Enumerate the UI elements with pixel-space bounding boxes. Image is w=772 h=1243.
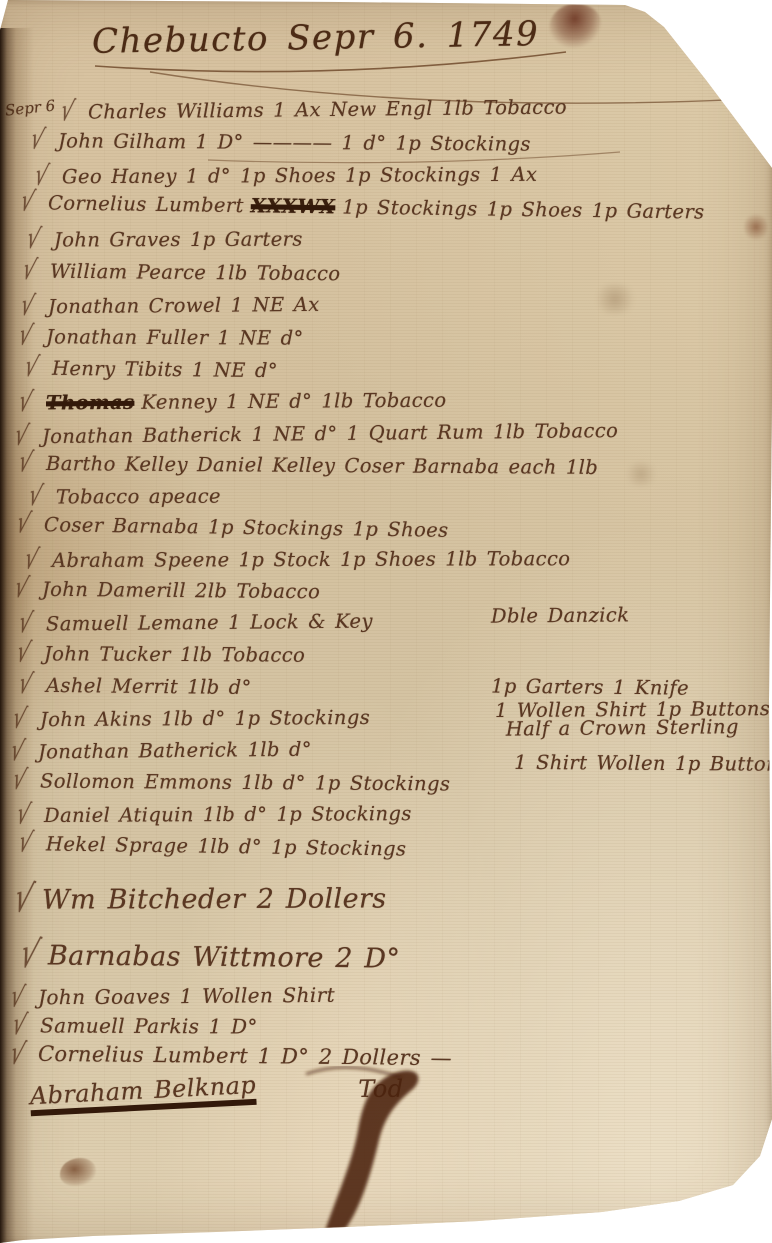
ink-stain-top: [544, 0, 606, 56]
ledger-line: √Jonathan Fuller 1 NE d°: [46, 327, 311, 348]
ledger-line: √ThomasKenney 1 NE d° 1lb Tobacco: [46, 391, 454, 413]
check-mark: √: [13, 509, 32, 541]
entry-text: John Graves 1p Garters: [54, 228, 303, 252]
check-mark: √: [7, 1037, 28, 1071]
entry-text: Sollomon Emmons 1lb d° 1p Stockings: [40, 770, 450, 796]
check-mark: √: [19, 256, 38, 288]
entry-text: Henry Tibits 1 NE d°: [52, 357, 278, 382]
check-mark: √: [15, 670, 34, 702]
faded-stain-mid: [592, 284, 638, 314]
stain-bottom-left: [60, 1158, 96, 1186]
entry-text: Samuell Parkis 1 D°: [40, 1013, 258, 1038]
faded-stain-mid2: [624, 462, 658, 486]
ledger-line: √William Pearce 1lb Tobacco: [50, 262, 348, 284]
ledger-line: Abraham BelknapTod: [30, 1077, 411, 1112]
entry-text: Jonathan Fuller 1 NE d°: [46, 325, 304, 349]
entry-text: Charles Williams 1 Ax New Engl 1lb Tobac…: [88, 96, 567, 124]
ledger-line: √John Gilham 1 D° ———— 1 d° 1p Stockings: [58, 131, 538, 154]
entry-right-note: Half a Crown Sterling: [506, 717, 739, 739]
entry-text: Kenney 1 NE d° 1lb Tobacco: [141, 389, 446, 414]
struck-out-text: Thomas: [46, 391, 135, 415]
entry-text: John Goaves 1 Wollen Shirt: [38, 983, 335, 1010]
check-mark: √: [16, 934, 42, 978]
ledger-line: √Henry Tibits 1 NE d°: [52, 359, 285, 381]
entry-text: Jonathan Batherick 1lb d°: [38, 738, 312, 764]
ledger-line: √Charles Williams 1 Ax New Engl 1lb Toba…: [88, 97, 574, 122]
ledger-line: √Jonathan Batherick 1lb d°Half a Crown S…: [38, 740, 319, 762]
entry-text: Coser Barnaba 1p Stockings 1p Shoes: [44, 513, 449, 542]
check-mark: √: [17, 187, 36, 219]
entry-text: 1p Stockings 1p Shoes 1p Garters: [342, 195, 705, 223]
entry-text: Tobacco apeace: [56, 485, 221, 509]
scanned-manuscript: Chebucto Sepr 6. 1749 Sepr 6 √Charles Wi…: [0, 0, 772, 1243]
ledger-line: √Daniel Atiquin 1lb d° 1p Stockings: [44, 804, 419, 825]
ledger-line: √Samuell Parkis 1 D°: [40, 1015, 265, 1036]
ledger-line: √Sollomon Emmons 1lb d° 1p Stockings1 Sh…: [40, 772, 457, 794]
entry-right-note: 1 Shirt Wollen 1p Buttons: [514, 753, 772, 774]
stain-right-edge: [744, 212, 768, 242]
ledger-line: √Tobacco apeace: [56, 487, 228, 507]
check-mark: √: [16, 322, 35, 354]
entry-text: Barnabas Wittmore 2 D°: [48, 940, 401, 974]
ledger-line: √Jonathan Crowel 1 NE Ax: [48, 295, 327, 317]
check-mark: √: [10, 879, 36, 923]
check-mark: √: [28, 126, 47, 158]
check-mark: √: [16, 388, 35, 420]
check-mark: √: [14, 639, 33, 671]
ledger-line: √John Tucker 1lb Tobacco: [44, 644, 312, 665]
ledger-line: √John Akins 1lb d° 1p Stockings1 Wollen …: [40, 708, 377, 730]
ledger-line: √Barnabas Wittmore 2 D°: [48, 942, 408, 972]
check-mark: √: [10, 705, 29, 737]
entry-text: Samuell Lemane 1 Lock & Key: [46, 610, 373, 636]
check-mark: √: [15, 829, 34, 861]
ledger-line: √John Damerill 2lb Tobacco: [42, 580, 327, 602]
entry-text: Abraham Belknap: [29, 1073, 257, 1116]
entry-text: Abraham Speene 1p Stock 1p Shoes 1lb Tob…: [52, 547, 570, 572]
entry-text: Jonathan Crowel 1 NE Ax: [48, 293, 320, 318]
entry-text: William Pearce 1lb Tobacco: [50, 260, 341, 286]
ledger-line: √Bartho Kelley Daniel Kelley Coser Barna…: [46, 454, 605, 477]
entry-text: John Gilham 1 D° ———— 1 d° 1p Stockings: [58, 129, 531, 155]
entry-text: Bartho Kelley Daniel Kelley Coser Barnab…: [46, 452, 598, 479]
check-mark: √: [10, 766, 29, 798]
ledger-line: √Samuell Lemane 1 Lock & KeyDble Danzick: [46, 612, 380, 634]
entry-text: Cornelius Lumbert: [48, 191, 244, 217]
entry-text: Ashel Merrit 1lb d°: [46, 674, 252, 699]
ledger-line: √Abraham Speene 1p Stock 1p Shoes 1lb To…: [52, 549, 577, 570]
check-mark: √: [24, 225, 43, 257]
margin-date: Sepr 6: [4, 96, 56, 119]
entry-text: Hekel Sprage 1lb d° 1p Stockings: [46, 832, 407, 860]
entry-text: Cornelius Lumbert 1 D° 2 Dollers —: [38, 1042, 452, 1070]
page-title: Chebucto Sepr 6. 1749: [92, 14, 540, 62]
entry-text: Jonathan Batherick 1 NE d° 1 Quart Rum 1…: [42, 419, 618, 448]
entry-text: John Damerill 2lb Tobacco: [42, 578, 320, 603]
check-mark: √: [21, 353, 40, 385]
check-mark: √: [11, 574, 30, 606]
ledger-line: √Cornelius LumbertXXXWX1p Stockings 1p S…: [48, 193, 712, 222]
struck-out-text: XXXWX: [251, 194, 336, 218]
entry-text: Wm Bitcheder 2 Dollers: [42, 883, 387, 915]
ledger-line: √John Graves 1p Garters: [54, 230, 310, 250]
entry-text: John Akins 1lb d° 1p Stockings: [40, 706, 370, 731]
entry-right-note: 1p Garters 1 Knife: [491, 677, 689, 699]
ledger-line: √Ashel Merrit 1lb d°1p Garters 1 Knife: [46, 676, 259, 698]
entry-text: Geo Haney 1 d° 1p Shoes 1p Stockings 1 A…: [62, 163, 537, 188]
ledger-line: √Hekel Sprage 1lb d° 1p Stockings: [46, 834, 414, 859]
ledger-line: √John Goaves 1 Wollen Shirt: [38, 985, 342, 1008]
check-mark: √: [58, 97, 77, 129]
ledger-line: √Coser Barnaba 1p Stockings 1p Shoes: [44, 515, 456, 540]
ledger-line: √Geo Haney 1 d° 1p Shoes 1p Stockings 1 …: [62, 165, 544, 187]
ledger-line: √Wm Bitcheder 2 Dollers: [42, 885, 394, 913]
ledger-line: √Jonathan Batherick 1 NE d° 1 Quart Rum …: [42, 421, 625, 447]
ledger-page: Chebucto Sepr 6. 1749 Sepr 6 √Charles Wi…: [0, 0, 772, 1243]
entry-text: Daniel Atiquin 1lb d° 1p Stockings: [44, 802, 412, 827]
ledger-line: √Cornelius Lumbert 1 D° 2 Dollers —: [38, 1044, 459, 1069]
entry-text: Tod: [358, 1075, 403, 1103]
entry-text: John Tucker 1lb Tobacco: [44, 642, 305, 666]
entry-right-note: Dble Danzick: [491, 605, 630, 626]
